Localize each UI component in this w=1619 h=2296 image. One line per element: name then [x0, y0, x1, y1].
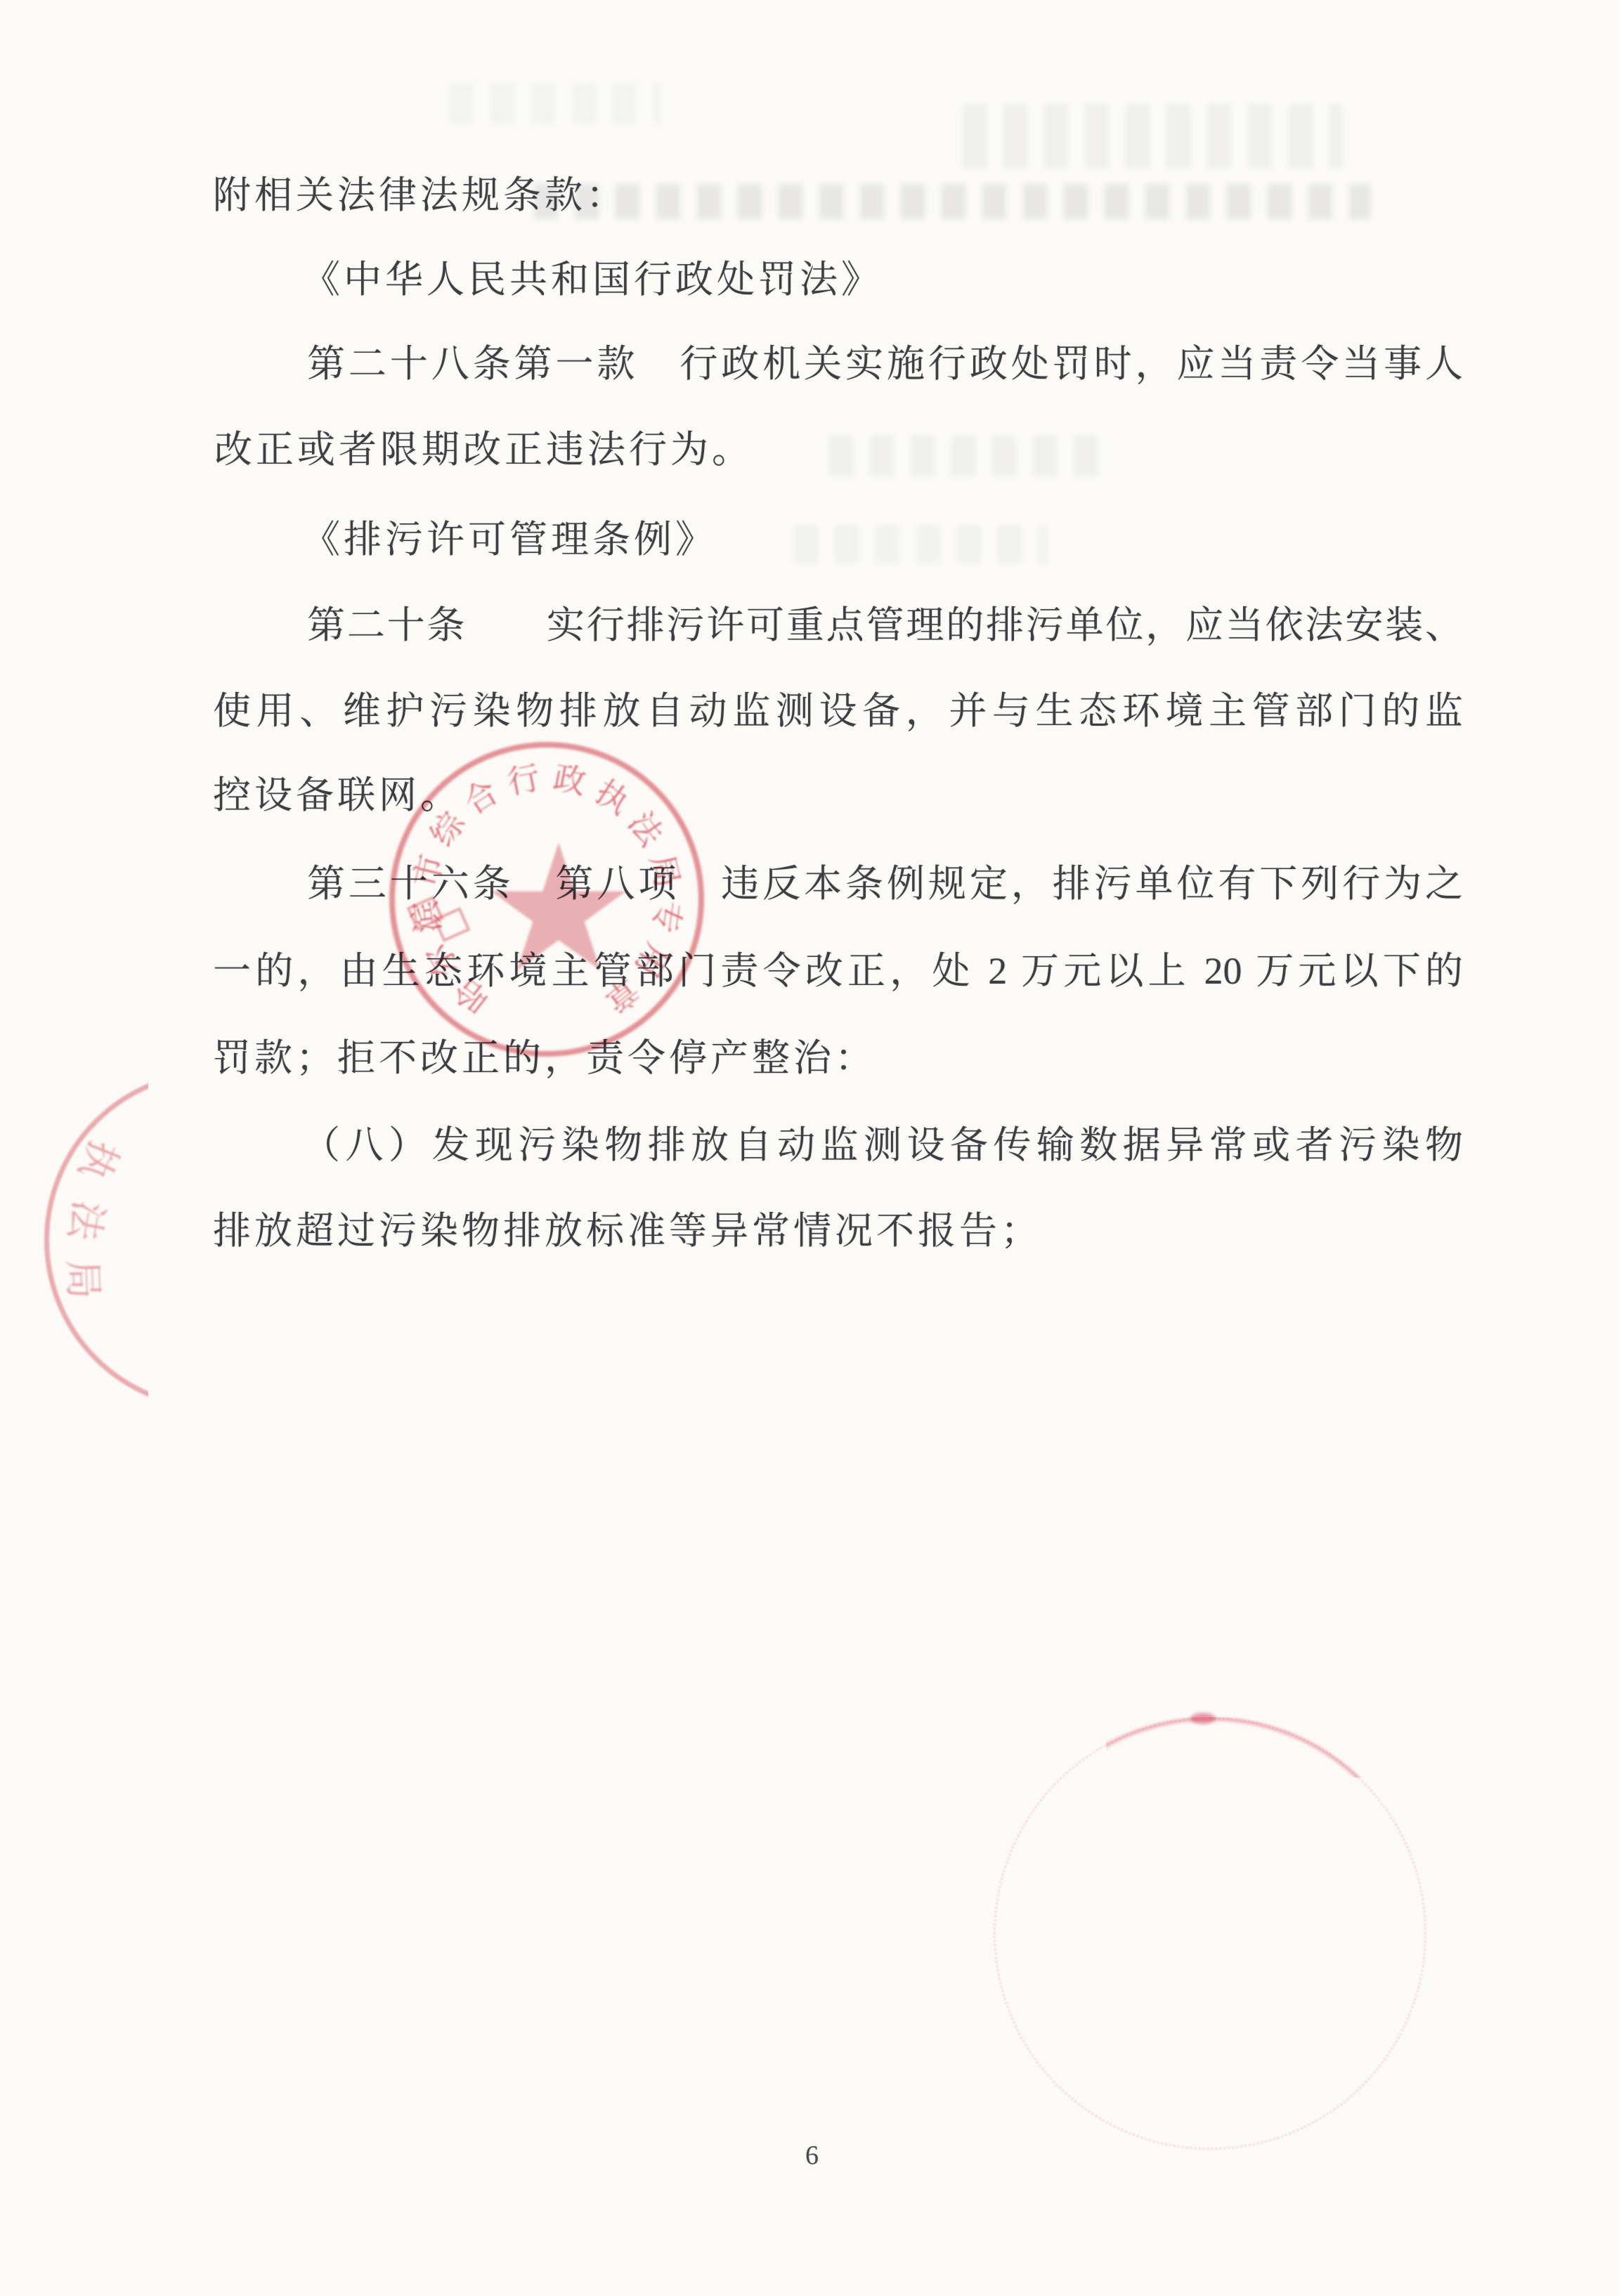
article-28-line-2: 改正或者限期改正违法行为。 [214, 427, 753, 472]
faint-ghost-seal [994, 1717, 1426, 2150]
article-20-line-3: 控设备联网。 [213, 773, 462, 818]
seal-fragment-char: 局 [62, 1259, 103, 1300]
article-20-line-1: 第二十条 实行排污许可重点管理的排污单位，应当依法安装、 [307, 603, 1463, 648]
bleed-through-smudge [963, 104, 1342, 169]
seal-code-mark [433, 907, 470, 942]
item-8-line-2: 排放超过污染物排放标准等异常情况不报告； [213, 1208, 1042, 1253]
ghost-seal-ink-blob [1190, 1713, 1216, 1724]
article-36-line-1: 第三十六条 第八项 违反本条例规定，排污单位有下列行为之 [307, 861, 1463, 906]
heading-attached-legal-provisions: 附相关法律法规条款： [213, 173, 628, 218]
ghost-seal-ring [994, 1717, 1426, 2150]
ghost-seal-top-arc [994, 1717, 1426, 2150]
item-8-line-1: （八）发现污染物排放自动监测设备传输数据异常或者污染物 [302, 1123, 1463, 1168]
law-title-pollutant-discharge-permit-regulation: 《排污许可管理条例》 [302, 517, 717, 562]
bleed-through-smudge [450, 83, 661, 124]
article-36-line-3: 罚款；拒不改正的，责令停产整治： [213, 1036, 876, 1081]
article-20-line-2: 使用、维护污染物排放自动监测设备，并与生态环境主管部门的监 [213, 689, 1463, 733]
article-28-line-1: 第二十八条第一款 行政机关实施行政处罚时，应当责令当事人 [307, 341, 1463, 386]
bleed-through-smudge [534, 184, 1370, 219]
seal-fragment-char: 执 [72, 1135, 124, 1186]
seal-fragment-char: 法 [63, 1198, 108, 1244]
page-number: 6 [805, 2140, 819, 2171]
bleed-through-smudge [794, 526, 1047, 563]
scanned-document-page: 附相关法律法规条款： 《中华人民共和国行政处罚法》 第二十八条第一款 行政机关实… [0, 0, 1619, 2296]
bleed-through-smudge [829, 436, 1110, 476]
article-36-line-2: 一的，由生态环境主管部门责令改正，处 2 万元以上 20 万元以下的 [213, 948, 1463, 993]
law-title-administrative-penalty-law: 《中华人民共和国行政处罚法》 [302, 257, 883, 302]
